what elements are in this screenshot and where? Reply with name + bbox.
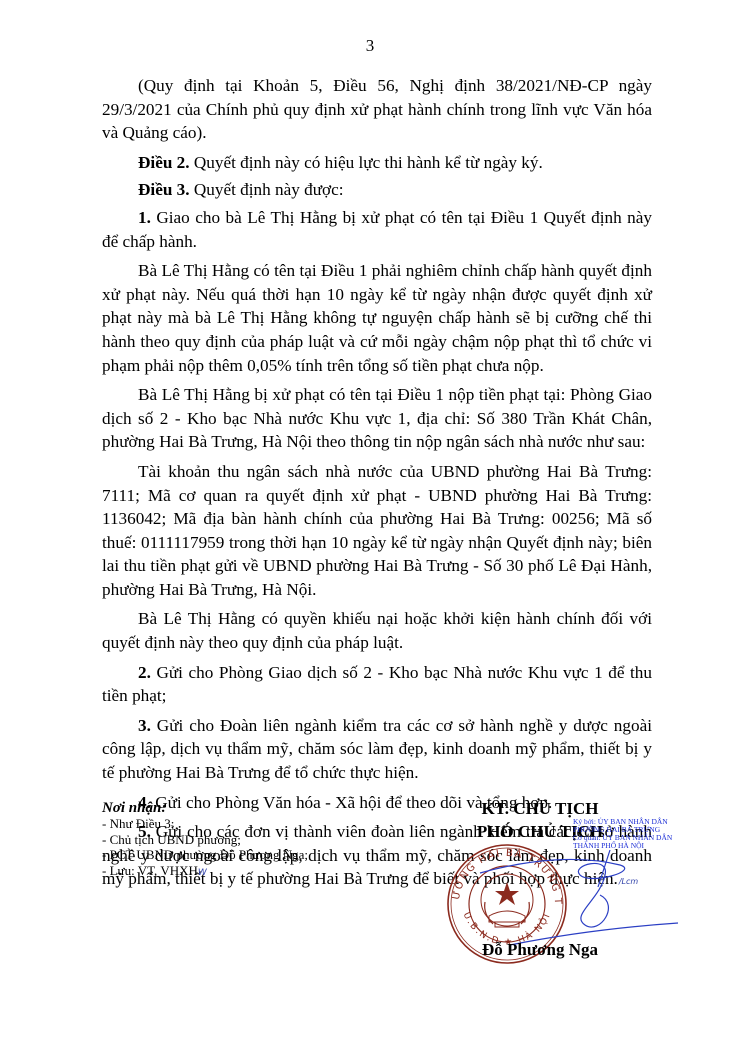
paragraph-article-2: Điều 2. Quyết định này có hiệu lực thi h… (102, 151, 652, 175)
paragraph-item-2: 2. Gửi cho Phòng Giao dịch số 2 - Kho bạ… (102, 661, 652, 708)
paragraph-text: Giao cho bà Lê Thị Hằng bị xử phạt có tê… (102, 208, 652, 251)
article-label: Điều 3. (138, 180, 190, 199)
paragraph-text: Bà Lê Thị Hằng có quyền khiếu nại hoặc k… (102, 609, 652, 652)
page-number: 3 (0, 36, 740, 56)
recipient-item: - Như Điều 3; (102, 816, 402, 832)
paragraph-item-3: 3. Gửi cho Đoàn liên ngành kiểm tra các … (102, 714, 652, 785)
paragraph-article-3: Điều 3. Quyết định này được: (102, 178, 652, 202)
paragraph-payment-details: Tài khoản thu ngân sách nhà nước của UBN… (102, 460, 652, 602)
item-number: 1. (138, 208, 151, 227)
paragraph-text: Bà Lê Thị Hằng có tên tại Điều 1 phải ng… (102, 261, 652, 374)
digital-signature-info: Ký bởi: ỦY BAN NHÂN DÂN PHƯỜNG HAI BÀ TR… (573, 818, 693, 850)
item-number: 2. (138, 663, 151, 682)
recipient-item: - PCT UBND phường Đỗ Phương Nga; (102, 847, 402, 863)
signer-name: Đỗ Phương Nga (440, 940, 640, 960)
paragraph-payment-location: Bà Lê Thị Hằng bị xử phạt có tên tại Điề… (102, 383, 652, 454)
paragraph-text: Quyết định này được: (190, 180, 344, 199)
recipient-text: - Lưu: VT, VHXH (102, 863, 198, 878)
article-label: Điều 2. (138, 153, 190, 172)
paragraph-legal-basis: (Quy định tại Khoản 5, Điều 56, Nghị địn… (102, 74, 652, 145)
digital-sig-line: THÀNH PHỐ HÀ NỘI (573, 842, 693, 850)
document-body: (Quy định tại Khoản 5, Điều 56, Nghị địn… (102, 74, 652, 900)
paragraph-text: Quyết định này có hiệu lực thi hành kể t… (190, 153, 543, 172)
paragraph-text: Gửi cho Đoàn liên ngành kiểm tra các cơ … (102, 716, 652, 782)
paragraph-text: Bà Lê Thị Hằng bị xử phạt có tên tại Điề… (102, 385, 652, 451)
paragraph-compliance: Bà Lê Thị Hằng có tên tại Điều 1 phải ng… (102, 259, 652, 377)
recipients-list: Nơi nhận: - Như Điều 3; - Chủ tịch UBND … (102, 800, 402, 881)
recipients-heading: Nơi nhận: (102, 800, 402, 816)
recipient-item: - Lưu: VT, VHXHW (102, 863, 402, 882)
paragraph-text: Tài khoản thu ngân sách nhà nước của UBN… (102, 462, 652, 599)
recipient-item: - Chủ tịch UBND phường; (102, 832, 402, 848)
paragraph-item-1: 1. Giao cho bà Lê Thị Hằng bị xử phạt có… (102, 206, 652, 253)
paragraph-text: (Quy định tại Khoản 5, Điều 56, Nghị địn… (102, 76, 652, 142)
paragraph-text: Gửi cho Phòng Giao dịch số 2 - Kho bạc N… (102, 663, 652, 706)
paragraph-appeal-rights: Bà Lê Thị Hằng có quyền khiếu nại hoặc k… (102, 607, 652, 654)
item-number: 3. (138, 716, 151, 735)
handwritten-signature-icon (470, 845, 680, 955)
handwritten-mark: W (198, 868, 207, 878)
